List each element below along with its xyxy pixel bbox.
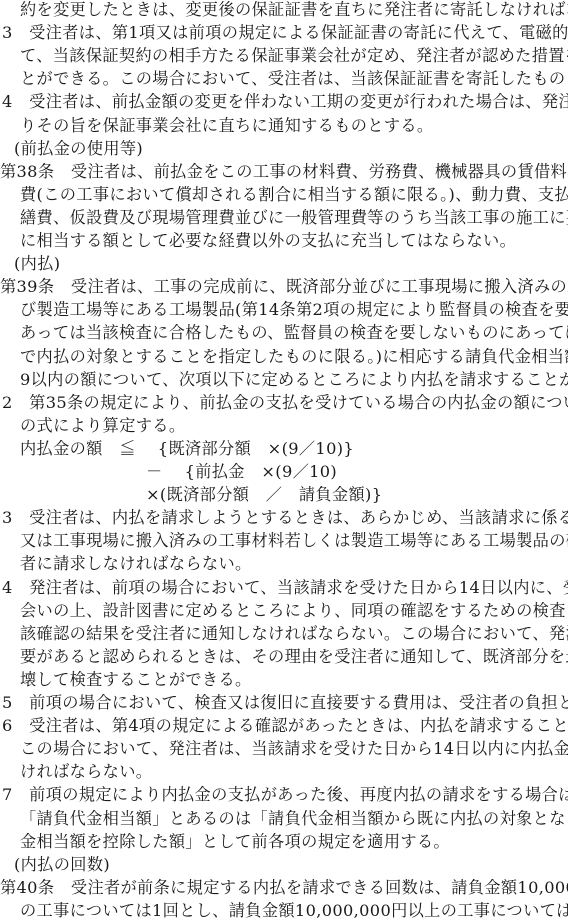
text-line: て、当該保証契約の相手方たる保証事業会社が定め、発注者が認めた措置を講ずるこ (20, 46, 568, 66)
text-line: りその旨を保証事業会社に直ちに通知するものとする。 (20, 116, 433, 136)
paragraph-7-line: 7 前項の規定により内払金の支払があった後、再度内払の請求をする場合は、第1項中 (2, 785, 568, 805)
text-line: で内払の対象とすることを指定したものに限る。)に相応する請負代金相当額の10分の (20, 347, 568, 367)
text-line: 又は工事現場に搬入済みの工事材料若しくは製造工場等にある工場製品の確認を発注 (20, 531, 568, 551)
paragraph-3-line: 3 受注者は、内払を請求しようとするときは、あらかじめ、当該請求に係る既済部分 (2, 508, 568, 528)
text-line: 要があると認められるときは、その理由を受注者に通知して、既済部分を最小限度破 (20, 647, 568, 667)
text-line: 該確認の結果を受注者に通知しなければならない。この場合において、発注者は、必 (20, 624, 568, 644)
text-line: とができる。この場合において、受注者は、当該保証証書を寄託したものとみなす。 (20, 69, 568, 89)
text-line: 者に請求しなければならない。 (20, 554, 252, 574)
text-line: 壊して検査することができる。 (20, 670, 252, 690)
text-line: 「請負代金相当額」とあるのは「請負代金相当額から既に内払の対象となった請負代 (20, 809, 568, 829)
document-page: 約を変更したときは、変更後の保証証書を直ちに発注者に寄託しなければならない。 3… (0, 0, 568, 921)
article-39-heading-line: 第39条 受注者は、工事の完成前に、既済部分並びに工事現場に搬入済みの工事材料及 (0, 277, 568, 297)
text-line: あっては当該検査に合格したもの、監督員の検査を要しないものにあっては設計図書 (20, 323, 568, 343)
text-line: 繕費、仮設費及び現場管理費並びに一般管理費等のうち当該工事の施工に要する費用 (20, 208, 568, 228)
text-line: この場合において、発注者は、当該請求を受けた日から14日以内に内払金を支払わな (20, 739, 568, 759)
section-caption: (内払の回数) (14, 855, 110, 875)
paragraph-6-line: 6 受注者は、第4項の規定による確認があったときは、内払を請求することができる。 (2, 716, 568, 736)
paragraph-3-line: 3 受注者は、第1項又は前項の規定による保証証書の寄託に代えて、電磁的方法であっ (2, 23, 568, 43)
paragraph-4-line: 4 受注者は、前払金額の変更を伴わない工期の変更が行われた場合は、発注者に代わ (2, 92, 568, 112)
formula-line-2: － {前払金 ×(9／10) (146, 462, 337, 482)
text-line: ければならない。 (20, 762, 152, 782)
text-line: 約を変更したときは、変更後の保証証書を直ちに発注者に寄託しなければならない。 (20, 0, 568, 20)
text-line: 金相当額を控除した額」として前各項の規定を適用する。 (20, 832, 450, 852)
paragraph-5-line: 5 前項の場合において、検査又は復旧に直接要する費用は、受注者の負担とする。 (2, 693, 568, 713)
paragraph-4-line: 4 発注者は、前項の場合において、当該請求を受けた日から14日以内に、受注者の立 (2, 578, 568, 598)
article-40-heading-line: 第40条 受注者が前条に規定する内払を請求できる回数は、請負金額10,000,0… (0, 878, 568, 898)
text-line: の式により算定する。 (20, 416, 185, 436)
text-line: 会いの上、設計図書に定めるところにより、同項の確認をするための検査を行い、当 (20, 601, 568, 621)
text-line: の工事については1回とし、請負金額10,000,000円以上の工事については、そ… (20, 901, 568, 921)
text-line: び製造工場等にある工場製品(第14条第2項の規定により監督員の検査を要するものに (20, 300, 568, 320)
section-caption: (内払) (14, 254, 60, 274)
section-caption: (前払金の使用等) (14, 139, 143, 159)
text-line: に相当する額として必要な経費以外の支払に充当してはならない。 (20, 231, 516, 251)
article-38-heading-line: 第38条 受注者は、前払金をこの工事の材料費、労務費、機械器具の賃借料、機械購入 (0, 162, 568, 182)
formula-line-3: ×(既済部分額 ／ 請負金額)} (146, 485, 382, 505)
formula-line-1: 内払金の額 ≦ {既済部分額 ×(9／10)} (20, 439, 354, 459)
paragraph-2-line: 2 第35条の規定により、前払金の支払を受けている場合の内払金の額については、次 (2, 393, 568, 413)
text-line: 費(この工事において償却される割合に相当する額に限る。)、動力費、支払運賃、修 (20, 185, 568, 205)
text-line: 9以内の額について、次項以下に定めるところにより内払を請求することができる。 (20, 370, 568, 390)
